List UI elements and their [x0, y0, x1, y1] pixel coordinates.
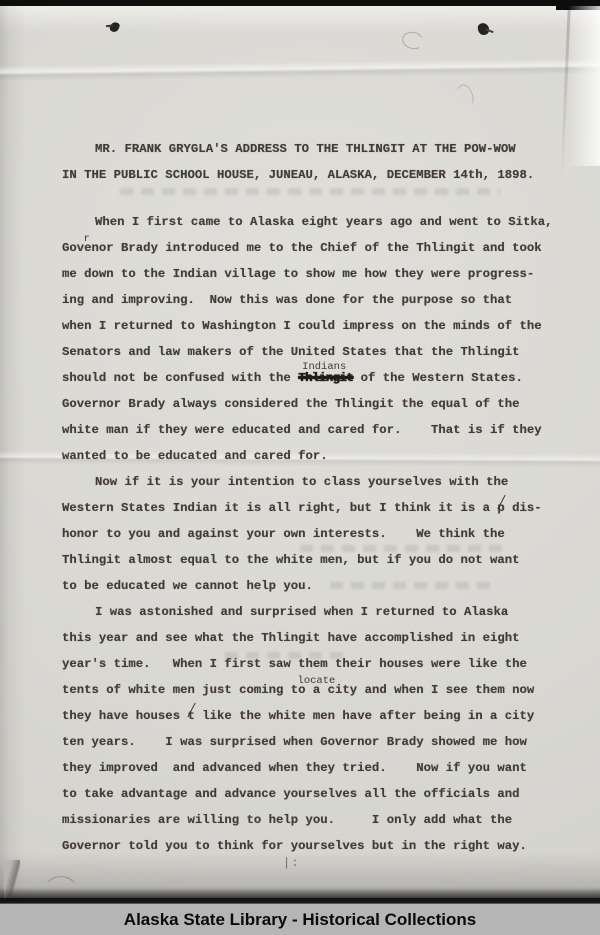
typed-text: like the white men have after being in a…: [195, 709, 534, 723]
typed-line: should not be confused with the Thlingit…: [62, 365, 562, 391]
typed-text-block: MR. FRANK GRYGLA'S ADDRESS TO THE THLING…: [62, 136, 562, 859]
typed-text: wanted to be educated and cared for.: [62, 449, 328, 463]
typed-line: When I first came to Alaska eight years …: [62, 209, 562, 235]
scan-top-edge: [0, 0, 600, 6]
typed-line: they have houses t like the white men ha…: [62, 703, 562, 729]
typed-text: Now if it is your intention to class you…: [95, 475, 508, 489]
typed-line: I was astonished and surprised when I re…: [62, 599, 562, 625]
paper-corner-highlight: [568, 6, 600, 166]
typed-text: Senators and law makers of the United St…: [62, 345, 520, 359]
typed-line: honor to you and against your own intere…: [62, 521, 562, 547]
typed-text: Governor told you to think for yourselve…: [62, 839, 527, 853]
typed-text: Governor Brady always considered the Thl…: [62, 397, 520, 411]
typed-line: wanted to be educated and cared for.: [62, 443, 562, 469]
typed-line: ten years. I was surprised when Governor…: [62, 729, 562, 755]
typed-line: Now if it is your intention to class you…: [62, 469, 562, 495]
typed-text: ing and improving. Now this was done for…: [62, 293, 512, 307]
typed-text: missionaries are willing to help you. I …: [62, 813, 512, 827]
inserted-word: r: [84, 234, 90, 244]
typed-text: honor to you and against your own intere…: [62, 527, 505, 541]
typed-text: tents of white men just coming to: [62, 683, 306, 697]
paper-bottom-shadow: [0, 888, 600, 903]
typed-line: Governor told you to think for yourselve…: [62, 833, 562, 859]
typed-text: to take advantage and advance yourselves…: [62, 787, 520, 801]
typed-text: I was astonished and surprised when I re…: [95, 605, 508, 619]
typed-line: missionaries are willing to help you. I …: [62, 807, 562, 833]
library-caption-label: Alaska State Library - Historical Collec…: [124, 910, 476, 930]
typed-line: Western States Indian it is all right, b…: [62, 495, 562, 521]
typed-line: Governor Brady always considered the Thl…: [62, 391, 562, 417]
document-title-line: MR. FRANK GRYGLA'S ADDRESS TO THE THLING…: [62, 136, 562, 162]
typed-text: Thlingit almost equal to the white men, …: [62, 553, 520, 567]
typed-body: When I first came to Alaska eight years …: [62, 209, 562, 859]
typed-text: when I returned to Washington I could im…: [62, 319, 542, 333]
typed-text: me down to the Indian village to show me…: [62, 267, 534, 281]
title-body-gap: [62, 188, 562, 209]
typed-line: me down to the Indian village to show me…: [62, 261, 562, 287]
library-caption-band: Alaska State Library - Historical Collec…: [0, 903, 600, 935]
typed-text: they improved and advanced when they tri…: [62, 761, 527, 775]
typed-text: they have houses: [62, 709, 187, 723]
typed-text: this year and see what the Thlingit have…: [62, 631, 520, 645]
struck-out-character: t: [187, 703, 194, 729]
strikethrough-word: ThlingitIndians: [298, 371, 353, 385]
typed-text: of the Western States.: [353, 371, 523, 385]
typed-line: white man if they were educated and care…: [62, 417, 562, 443]
typed-line: this year and see what the Thlingit have…: [62, 625, 562, 651]
scanned-document-page: MR. FRANK GRYGLA'S ADDRESS TO THE THLING…: [0, 0, 600, 935]
typed-text: When I first came to Alaska eight years …: [95, 215, 553, 229]
struck-out-character: p: [497, 495, 504, 521]
typed-text: to be educated we cannot help you.: [62, 579, 313, 593]
typed-text: ten years. I was surprised when Governor…: [62, 735, 527, 749]
typed-line: when I returned to Washington I could im…: [62, 313, 562, 339]
typed-text: Western States Indian it is all right, b…: [62, 501, 497, 515]
typed-line: Governor Brady introduced me to the Chie…: [62, 235, 562, 261]
typed-line: tents of white men just coming tolocate …: [62, 677, 562, 703]
document-title-line: IN THE PUBLIC SCHOOL HOUSE, JUNEAU, ALAS…: [62, 162, 562, 188]
typed-text: should not be confused with the: [62, 371, 298, 385]
inserted-word: locate: [298, 676, 336, 686]
page-number-mark: |:: [283, 856, 299, 870]
typed-line: to be educated we cannot help you.: [62, 573, 562, 599]
typed-text: year's time. When I first saw them their…: [62, 657, 527, 671]
typed-text: a city and when I see them now: [306, 683, 535, 697]
typed-text: nor Brady introduced me to the Chief of …: [92, 241, 542, 255]
typed-line: to take advantage and advance yourselves…: [62, 781, 562, 807]
typed-text: white man if they were educated and care…: [62, 423, 542, 437]
inserted-word: Indians: [302, 362, 346, 372]
typed-line: Thlingit almost equal to the white men, …: [62, 547, 562, 573]
typed-line: ing and improving. Now this was done for…: [62, 287, 562, 313]
typed-line: they improved and advanced when they tri…: [62, 755, 562, 781]
typed-text: dis-: [505, 501, 542, 515]
typed-line: year's time. When I first saw them their…: [62, 651, 562, 677]
